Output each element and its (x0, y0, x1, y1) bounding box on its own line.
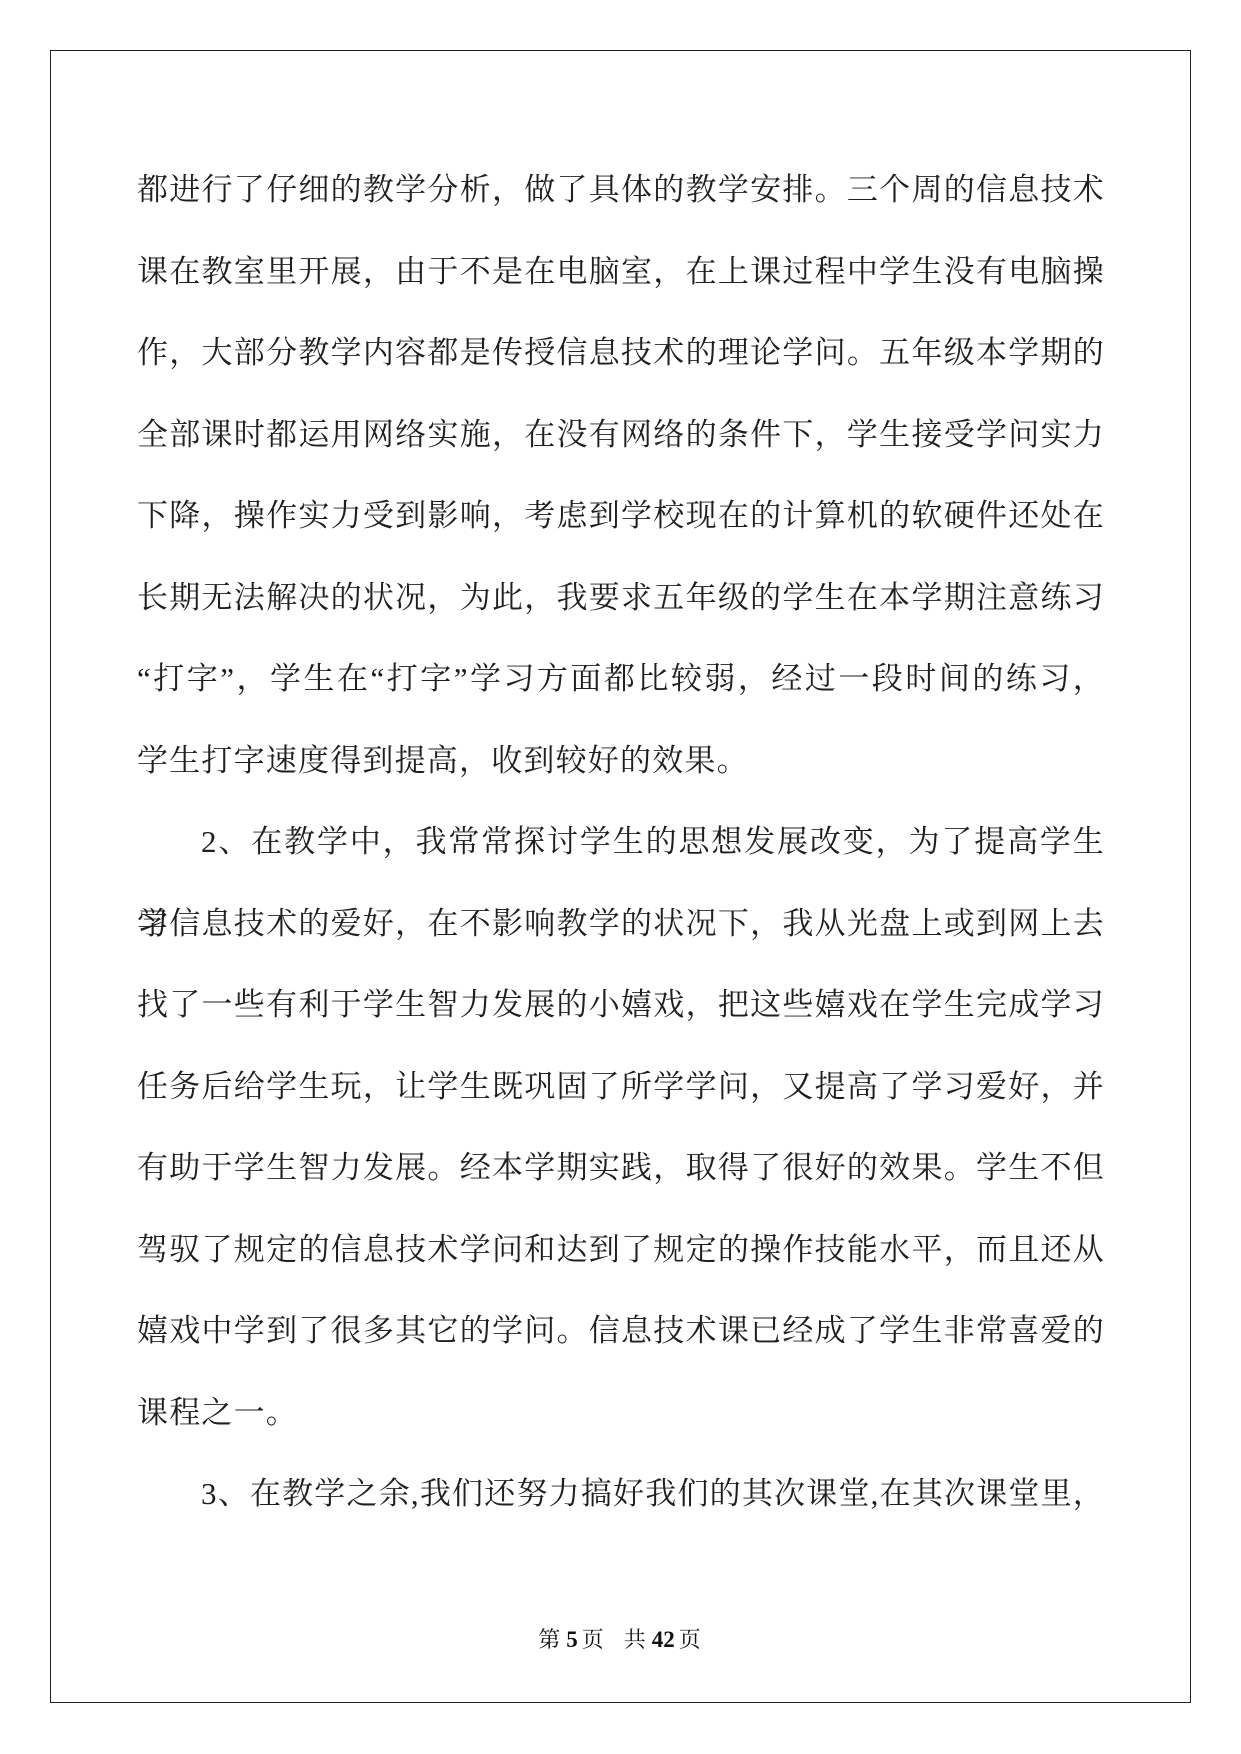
text-line: 有助于学生智力发展。经本学期实践，取得了很好的效果。学生不但 (137, 1127, 1105, 1209)
text-line: 学生打字速度得到提高，收到较好的效果。 (137, 720, 1105, 802)
text-line: 课在教室里开展，由于不是在电脑室，在上课过程中学生没有电脑操 (137, 231, 1105, 313)
text-line: 下降，操作实力受到影响，考虑到学校现在的计算机的软硬件还处在 (137, 475, 1105, 557)
text-line: 课程之一。 (137, 1372, 1105, 1454)
footer-total-prefix: 共 (624, 1627, 648, 1652)
text-line: 任务后给学生玩，让学生既巩固了所学学问，又提高了学习爱好，并 (137, 1046, 1105, 1128)
footer-page-suffix: 页 (582, 1627, 606, 1652)
document-page: 都进行了仔细的教学分析，做了具体的教学安排。三个周的信息技术课在教室里开展，由于… (0, 0, 1241, 1754)
document-body: 都进行了仔细的教学分析，做了具体的教学安排。三个周的信息技术课在教室里开展，由于… (137, 149, 1105, 1535)
footer-page-prefix: 第 (538, 1627, 562, 1652)
text-line: 全部课时都运用网络实施，在没有网络的条件下，学生接受学问实力 (137, 394, 1105, 476)
text-line: 找了一些有利于学生智力发展的小嬉戏，把这些嬉戏在学生完成学习 (137, 964, 1105, 1046)
text-line: 3、在教学之余,我们还努力搞好我们的其次课堂,在其次课堂里， (137, 1453, 1105, 1535)
text-line: 长期无法解决的状况，为此，我要求五年级的学生在本学期注意练习 (137, 557, 1105, 639)
footer-total-pages: 42 (652, 1627, 675, 1652)
text-line: “打字”，学生在“打字”学习方面都比较弱，经过一段时间的练习， (137, 638, 1105, 720)
footer-total-suffix: 页 (679, 1627, 703, 1652)
text-line: 2、在教学中，我常常探讨学生的思想发展改变，为了提高学生学 (137, 801, 1105, 883)
text-line: 驾驭了规定的信息技术学问和达到了规定的操作技能水平，而且还从 (137, 1209, 1105, 1291)
text-line: 嬉戏中学到了很多其它的学问。信息技术课已经成了学生非常喜爱的 (137, 1290, 1105, 1372)
text-line: 习信息技术的爱好，在不影响教学的状况下，我从光盘上或到网上去 (137, 883, 1105, 965)
text-line: 作，大部分教学内容都是传授信息技术的理论学问。五年级本学期的 (137, 312, 1105, 394)
text-line: 都进行了仔细的教学分析，做了具体的教学安排。三个周的信息技术 (137, 149, 1105, 231)
page-footer: 第5页共42页 (0, 1622, 1241, 1658)
footer-current-page: 5 (566, 1627, 578, 1652)
